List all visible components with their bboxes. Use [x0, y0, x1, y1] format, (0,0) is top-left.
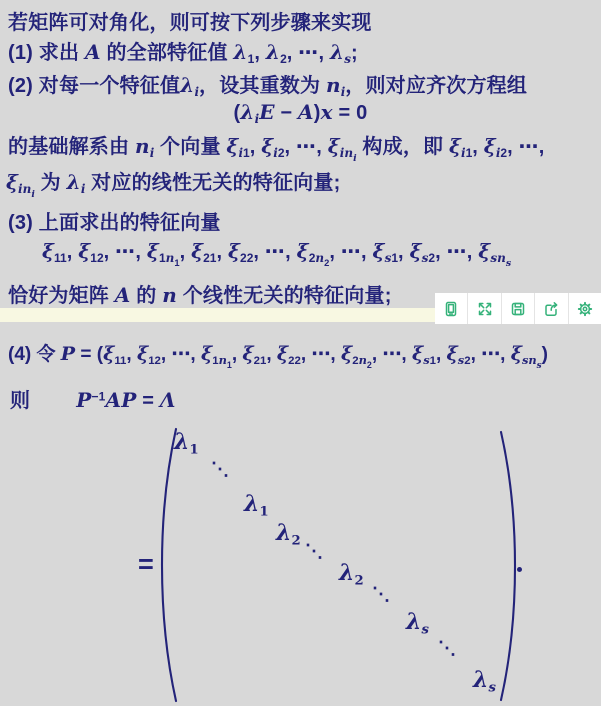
- save-button[interactable]: [501, 293, 534, 324]
- matrix-entry: λs: [406, 609, 429, 638]
- then-label: 则: [10, 390, 30, 412]
- matrix-left-paren: [158, 426, 180, 704]
- then-equation: P−1AP = Λ: [76, 390, 175, 412]
- exactly-n-line: 恰好为矩阵 A 的 n 个线性无关的特征向量;: [8, 279, 392, 308]
- matrix-entry: λ1: [244, 491, 269, 520]
- matrix-ddots: ⋱: [211, 459, 229, 480]
- share-button[interactable]: [534, 293, 567, 324]
- expand-icon: [477, 301, 493, 317]
- step2-line: (2) 对每一个特征值λi，设其重数为 ni，则对应齐次方程组: [8, 69, 527, 99]
- intro-line: 若矩阵可对角化，则可按下列步骤来实现: [8, 6, 372, 35]
- step4-line: (4) 令 P = (ξ11, ξ12, ⋯, ξ1n1, ξ21, ξ22, …: [8, 339, 548, 371]
- eigenvector-line: ξini 为 λi 对应的线性无关的特征向量;: [6, 166, 340, 200]
- step3-line: (3) 上面求出的特征向量: [8, 206, 221, 235]
- equals-sign: =: [138, 549, 154, 580]
- basis-line: 的基础解系由 ni 个向量 ξi1, ξi2, ⋯, ξini 构成，即 ξi1…: [8, 130, 545, 164]
- matrix-ddots: ⋱: [372, 584, 390, 605]
- tablet-icon: [443, 301, 459, 317]
- save-icon: [510, 301, 526, 317]
- matrix-entry: λ2: [276, 520, 301, 549]
- period-dot: [517, 567, 522, 572]
- share-icon: [543, 301, 559, 317]
- floating-toolbar: [435, 293, 601, 324]
- matrix-entry: λ2: [339, 560, 364, 589]
- matrix-right-paren: [497, 429, 519, 703]
- matrix-ddots: ⋱: [305, 541, 323, 562]
- settings-icon: [577, 301, 593, 317]
- tablet-button[interactable]: [435, 293, 467, 324]
- matrix-entry: λ1: [174, 429, 199, 458]
- step1-line: (1) 求出 A 的全部特征值 λ1, λ2, ⋯, λs;: [8, 36, 358, 66]
- then-line: 则P−1AP = Λ: [10, 384, 176, 413]
- expand-button[interactable]: [467, 293, 500, 324]
- xi-sequence-line: ξ11, ξ12, ⋯, ξ1n1, ξ21, ξ22, ⋯, ξ2n2, ⋯,…: [42, 239, 511, 269]
- textbook-page: 若矩阵可对角化，则可按下列步骤来实现 (1) 求出 A 的全部特征值 λ1, λ…: [0, 0, 601, 706]
- homogeneous-equation: (λiE − A)x = 0: [0, 100, 601, 126]
- settings-button[interactable]: [568, 293, 601, 324]
- matrix-ddots: ⋱: [438, 638, 456, 659]
- matrix-entry: λs: [473, 667, 496, 696]
